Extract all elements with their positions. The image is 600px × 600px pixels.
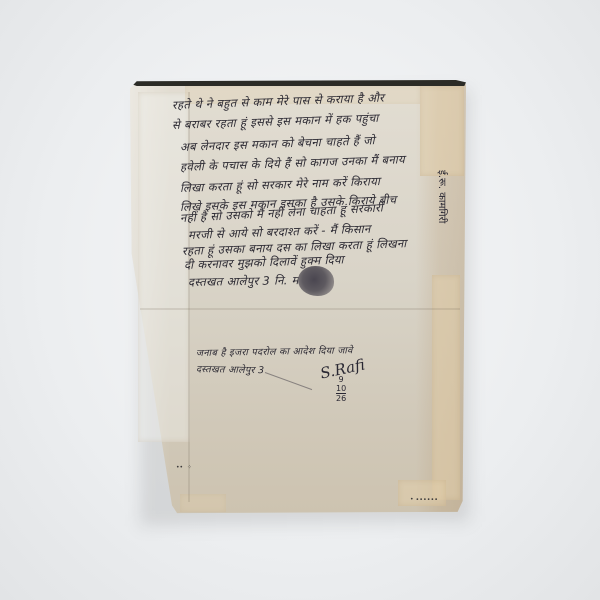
endorsement-line: दस्तखत आलेपुर 3 [196,362,265,376]
tape-strip-bottom-left [180,494,226,512]
margin-note: ई.रू. कामगिरी [436,170,450,223]
endorsement-line: जनाब है इजरा पदरोल का आदेश दिया जावे [196,343,353,359]
signature-date: 9 10 26 [336,375,346,403]
date-day: 9 [336,375,346,384]
photo-backdrop: रहते थे ने बहुत से काम मेरे पास से कराया… [0,0,600,600]
ink-thumbprint-smudge [298,266,334,296]
corner-marks-right: • ∙∙∙∙∙∙ [410,496,438,503]
date-year: 26 [336,394,346,403]
corner-marks-left: •• ⁘ [176,464,192,471]
tape-strip-top-right [420,86,464,176]
date-month: 10 [336,384,346,394]
